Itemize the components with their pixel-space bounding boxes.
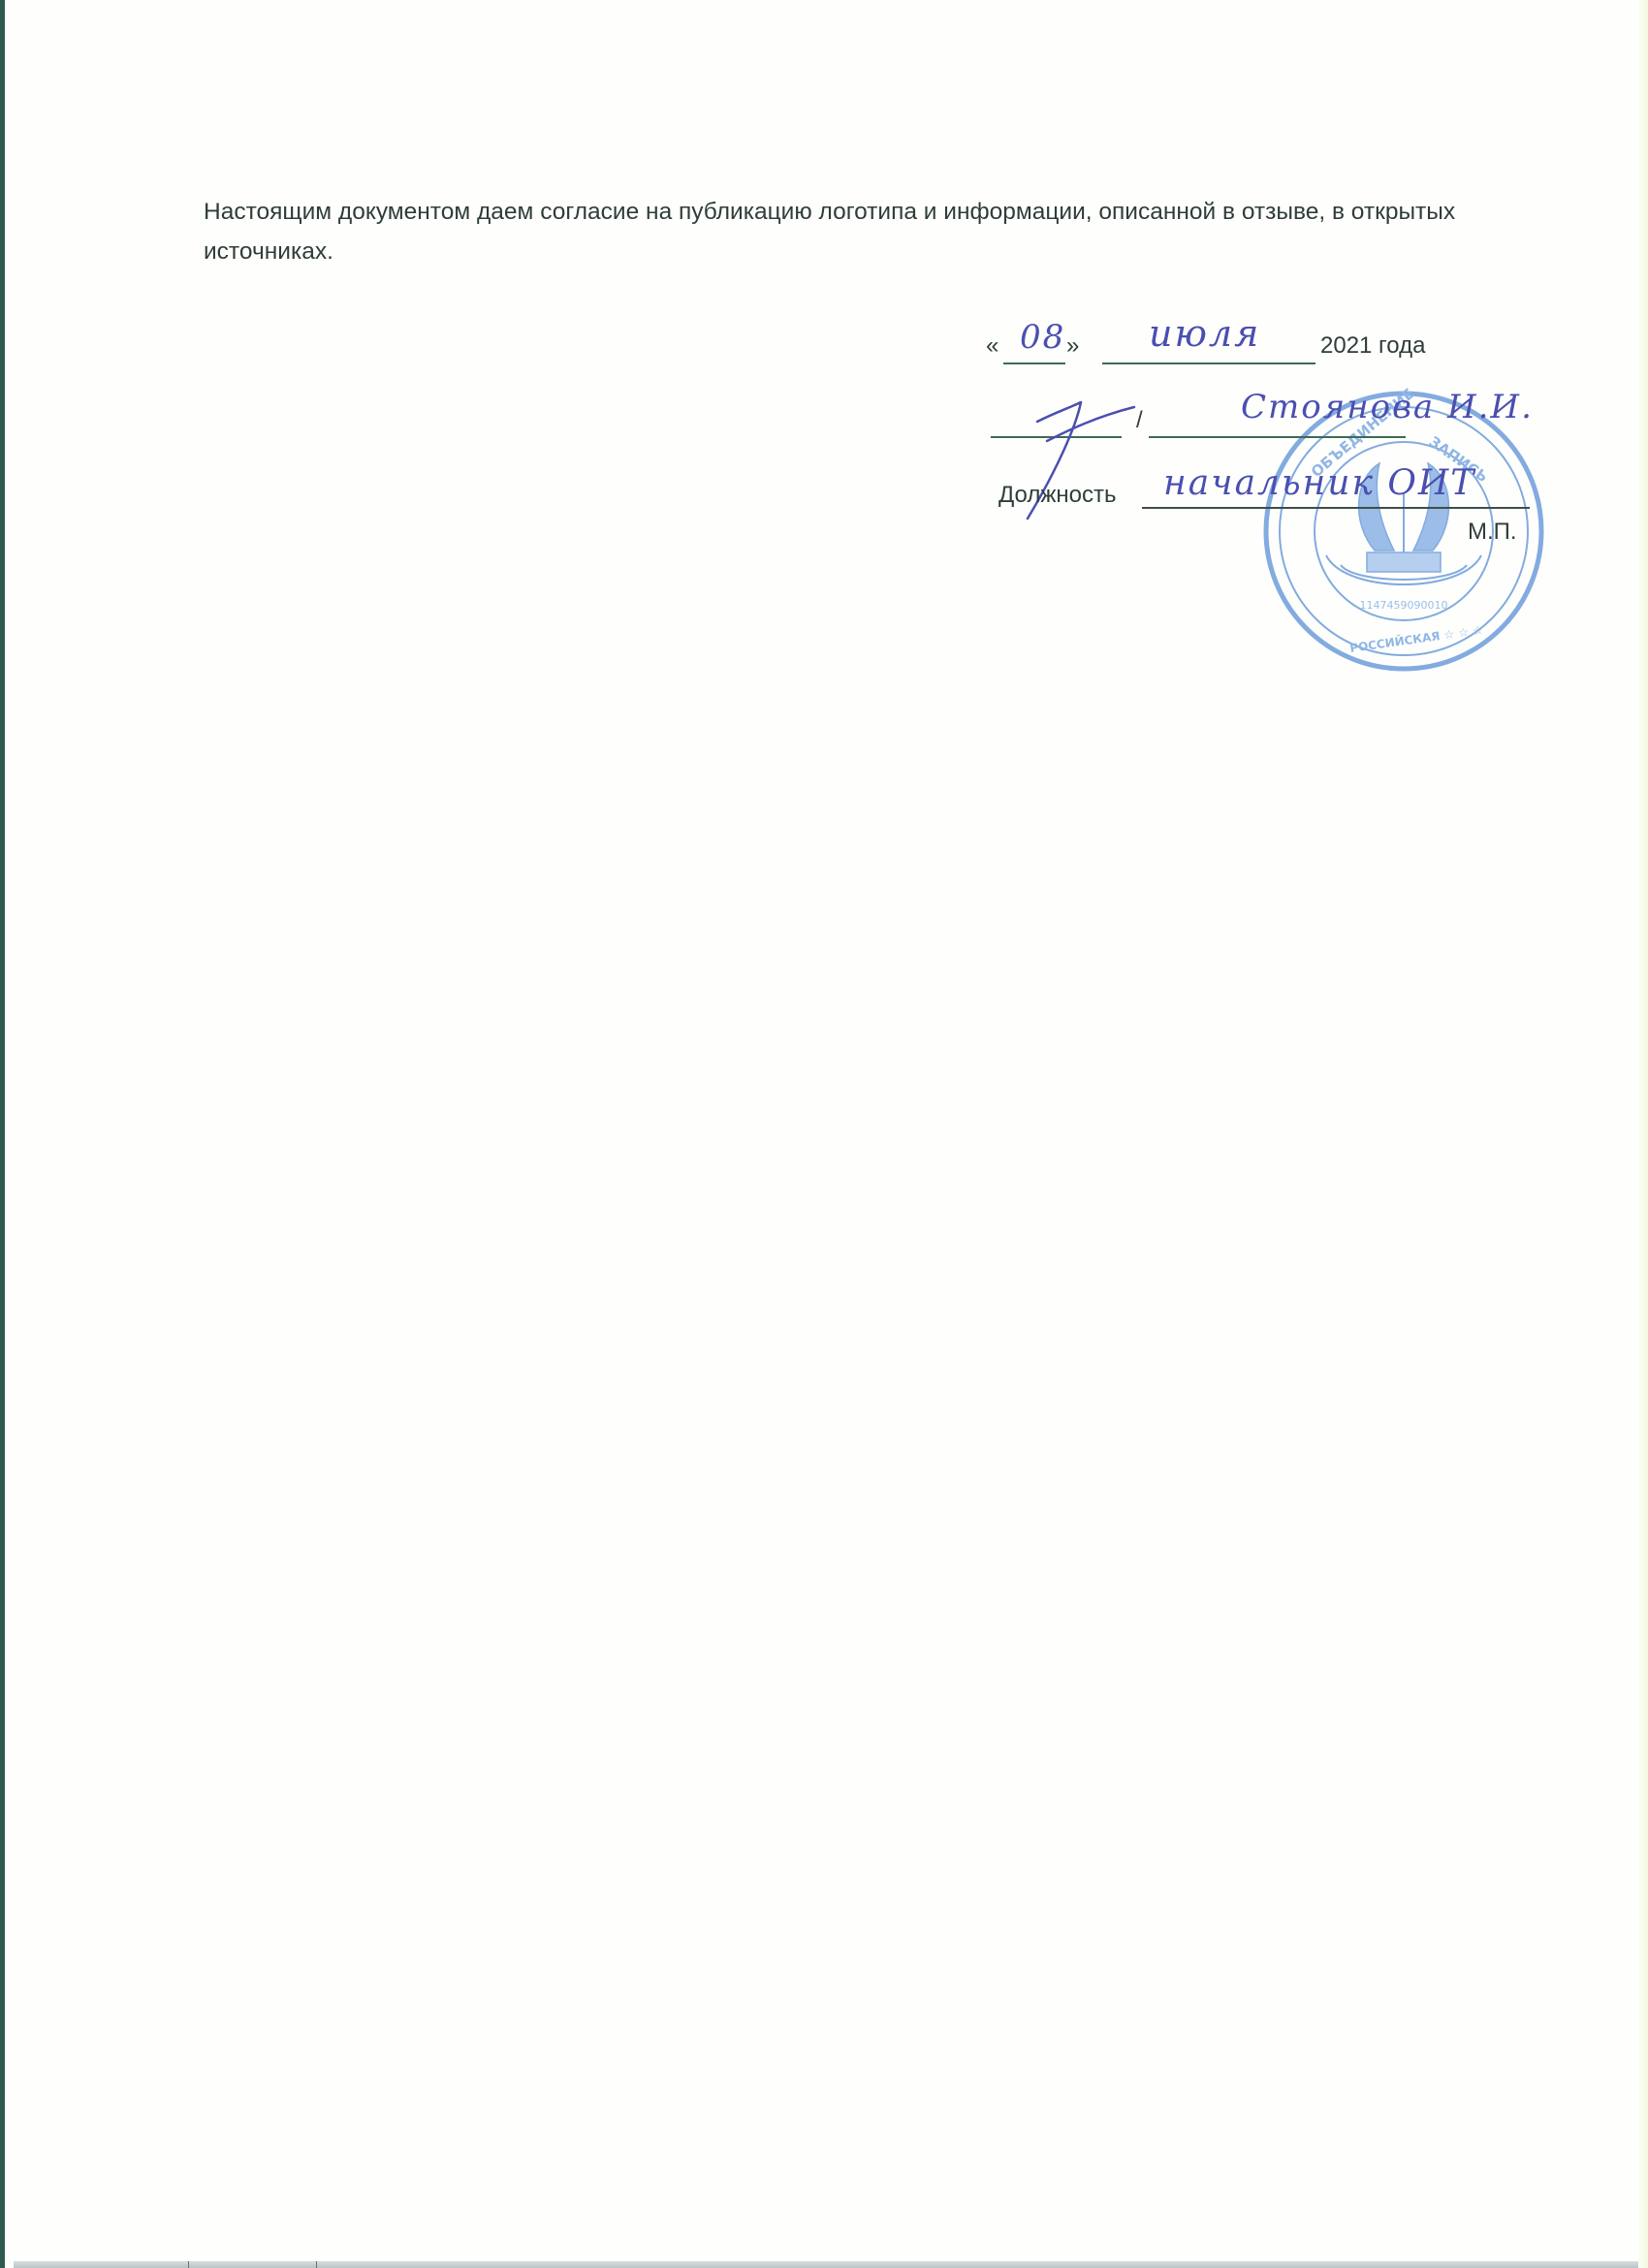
signature-separator: / xyxy=(1136,407,1143,434)
date-month-handwritten: июля xyxy=(1149,312,1260,355)
svg-text:РОССИЙСКАЯ ☆ ☆ ☆: РОССИЙСКАЯ ☆ ☆ ☆ xyxy=(1348,622,1483,655)
date-month-underline xyxy=(1102,362,1315,364)
date-day-handwritten: 08 xyxy=(1020,318,1065,357)
date-year: 2021 года xyxy=(1320,332,1425,360)
date-open-quote: « xyxy=(986,332,998,360)
position-handwritten: начальник ОИТ xyxy=(1163,463,1475,503)
date-close-quote: » xyxy=(1066,332,1079,360)
position-label: Должность xyxy=(998,482,1117,509)
signer-name-handwritten: Стоянова И.И. xyxy=(1241,388,1534,426)
name-underline xyxy=(1149,436,1406,438)
signature-block: 1147459090010 ОБЪЕДИНЕНИЕ ЗАПИСЬ РОССИЙС… xyxy=(0,0,1648,2268)
position-underline xyxy=(1142,507,1530,509)
stamp-place-label: М.П. xyxy=(1468,519,1517,546)
date-day-underline xyxy=(1003,362,1065,364)
svg-text:1147459090010: 1147459090010 xyxy=(1360,599,1448,612)
